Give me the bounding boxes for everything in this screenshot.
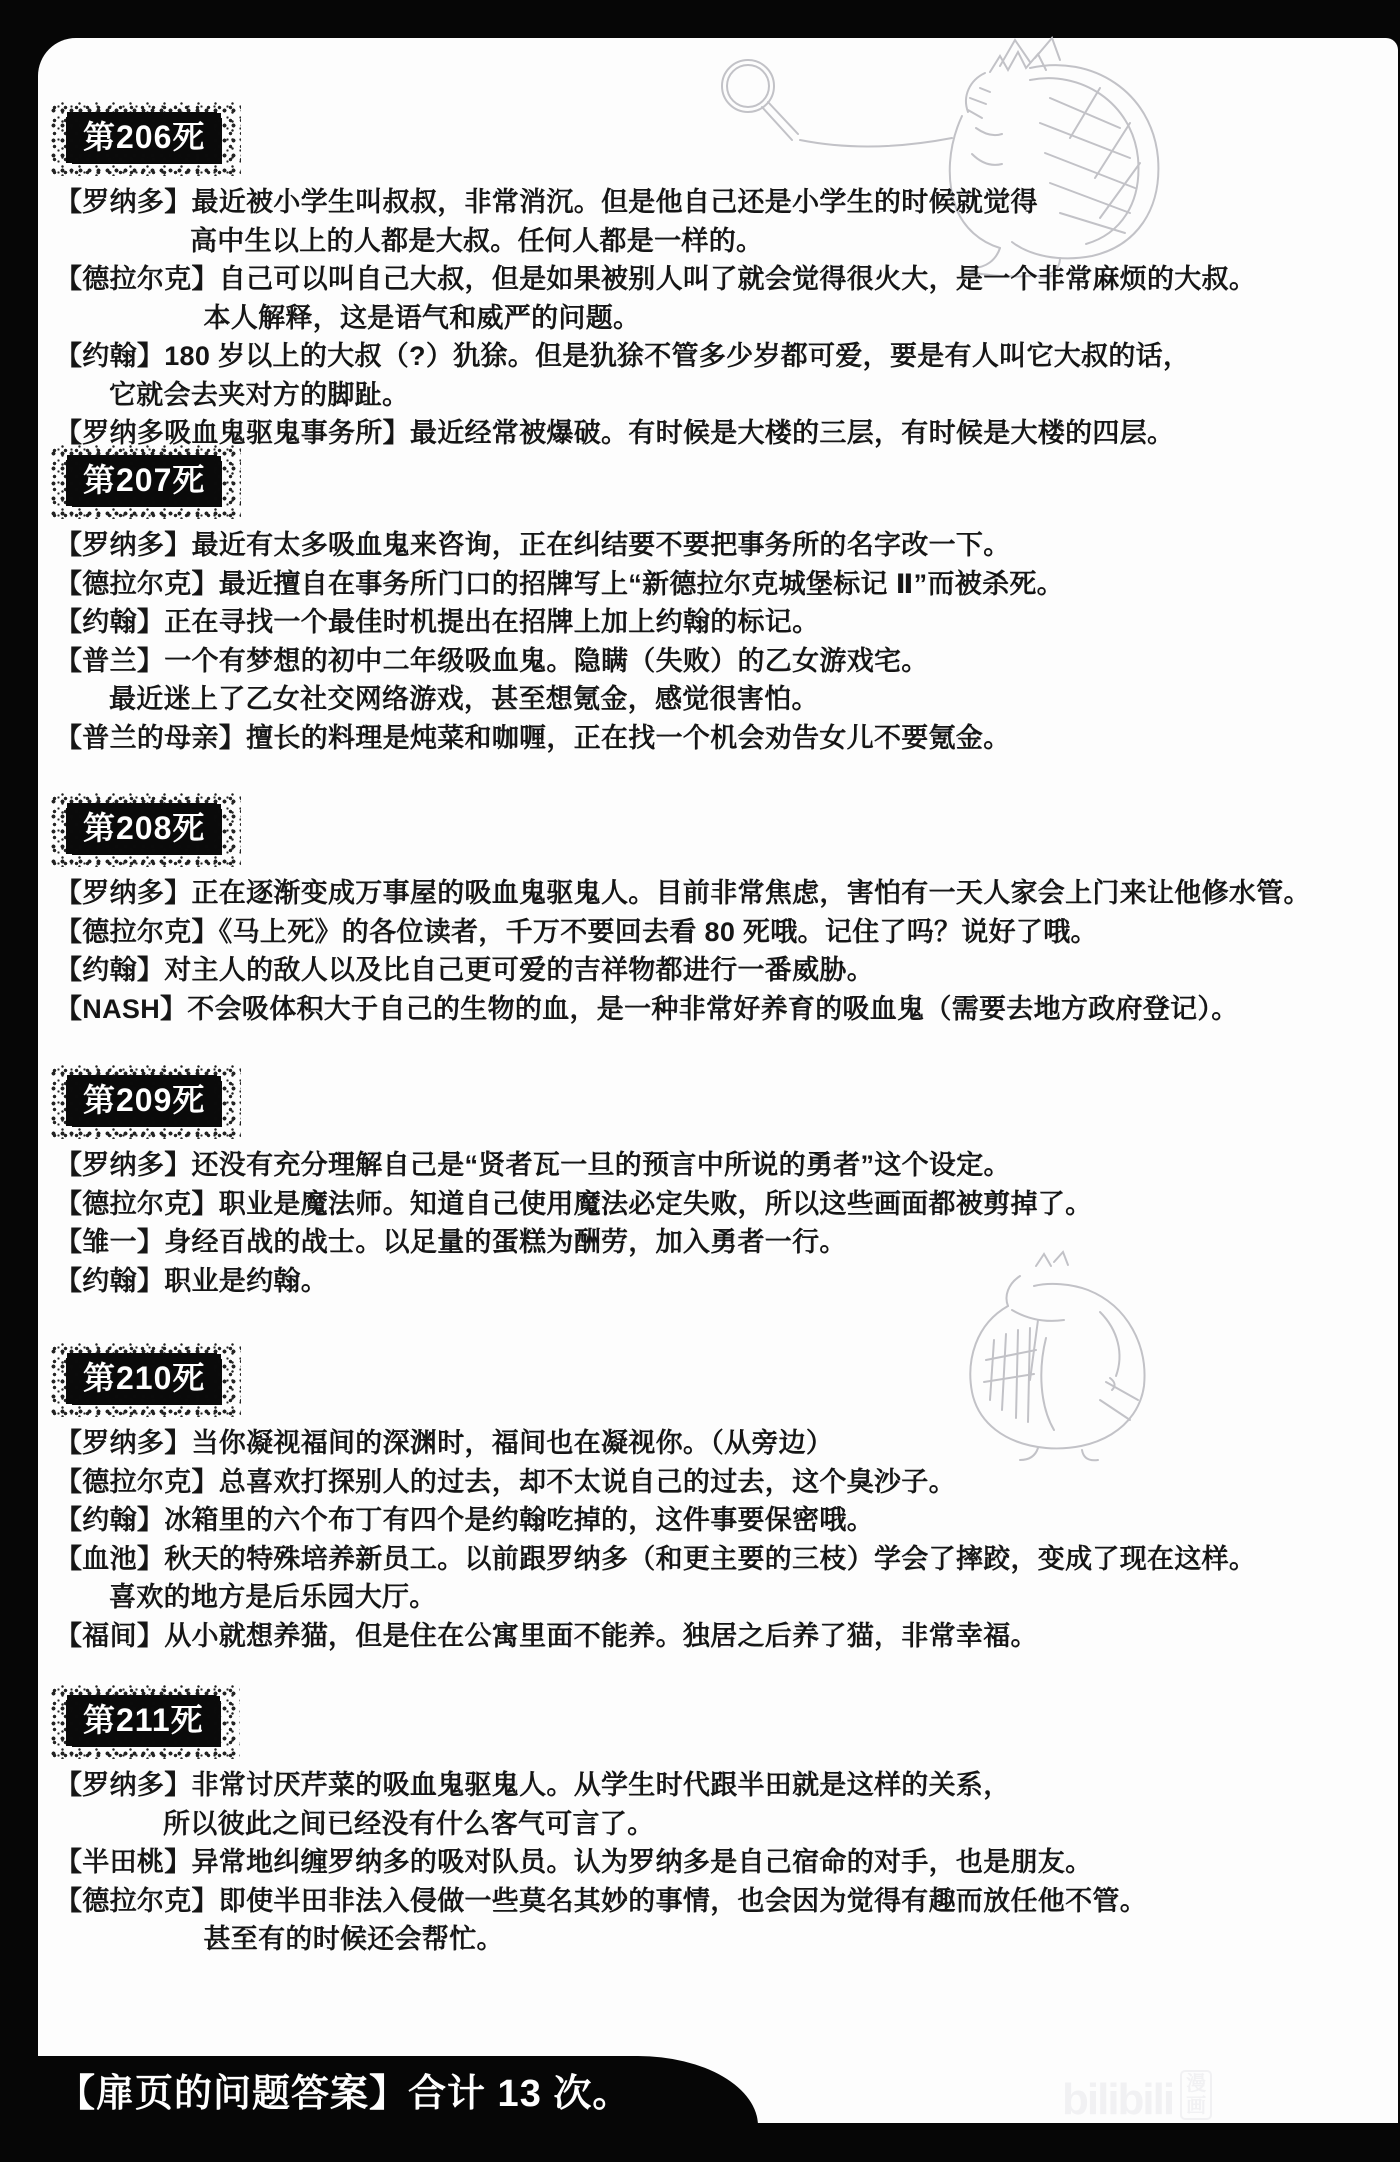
section-lines: 【罗纳多】当你凝视福间的深渊时，福间也在凝视你。（从旁边）【德拉尔克】总喜欢打探… — [55, 1424, 1385, 1655]
profile-line: 【德拉尔克】总喜欢打探别人的过去，却不太说自己的过去，这个臭沙子。 — [55, 1463, 1385, 1502]
profile-line: 【德拉尔克】即使半田非法入侵做一些莫名其妙的事情，也会因为觉得有趣而放任他不管。 — [55, 1882, 1385, 1921]
profile-line: 【罗纳多】非常讨厌芹菜的吸血鬼驱鬼人。从学生时代跟半田就是这样的关系， — [55, 1766, 1385, 1805]
section-header-label: 第211死 — [83, 1702, 204, 1738]
profile-line: 【德拉尔克】职业是魔法师。知道自己使用魔法必定失败，所以这些画面都被剪掉了。 — [55, 1185, 1385, 1224]
section-lines: 【罗纳多】正在逐渐变成万事屋的吸血鬼驱鬼人。目前非常焦虑，害怕有一天人家会上门来… — [55, 874, 1385, 1028]
profile-line: 【罗纳多】正在逐渐变成万事屋的吸血鬼驱鬼人。目前非常焦虑，害怕有一天人家会上门来… — [55, 874, 1385, 913]
profile-line: 【德拉尔克】《马上死》的各位读者，千万不要回去看 80 死哦。记住了吗？说好了哦… — [55, 913, 1385, 952]
section-lines: 【罗纳多】还没有充分理解自己是“贤者瓦一旦的预言中所说的勇者”这个设定。【德拉尔… — [55, 1146, 1385, 1300]
profile-line: 【普兰】一个有梦想的初中二年级吸血鬼。隐瞒（失败）的乙女游戏宅。 — [55, 642, 1385, 681]
profile-line: 【德拉尔克】最近擅自在事务所门口的招牌写上“新德拉尔克城堡标记 Ⅱ”而被杀死。 — [55, 565, 1385, 604]
section-lines: 【罗纳多】非常讨厌芹菜的吸血鬼驱鬼人。从学生时代跟半田就是这样的关系，所以彼此之… — [55, 1766, 1385, 1959]
profile-line: 【NASH】不会吸体积大于自己的生物的血，是一种非常好养育的吸血鬼（需要去地方政… — [55, 990, 1385, 1029]
section-header-label: 第210死 — [83, 1360, 205, 1396]
profile-line: 高中生以上的人都是大叔。任何人都是一样的。 — [55, 222, 1385, 261]
section-211: 第211死 【罗纳多】非常讨厌芹菜的吸血鬼驱鬼人。从学生时代跟半田就是这样的关系… — [55, 1698, 1385, 1959]
section-header-label: 第209死 — [83, 1082, 205, 1118]
profile-line: 【约翰】职业是约翰。 — [55, 1262, 1385, 1301]
profile-line: 【罗纳多】当你凝视福间的深渊时，福间也在凝视你。（从旁边） — [55, 1424, 1385, 1463]
profile-line: 【普兰的母亲】擅长的料理是炖菜和咖喱，正在找一个机会劝告女儿不要氪金。 — [55, 719, 1385, 758]
profile-line: 【罗纳多】最近有太多吸血鬼来咨询，正在纠结要不要把事务所的名字改一下。 — [55, 526, 1385, 565]
section-208: 第208死 【罗纳多】正在逐渐变成万事屋的吸血鬼驱鬼人。目前非常焦虑，害怕有一天… — [55, 806, 1385, 1028]
profile-line: 【罗纳多吸血鬼驱鬼事务所】最近经常被爆破。有时候是大楼的三层，有时候是大楼的四层… — [55, 414, 1385, 453]
section-header-label: 第208死 — [83, 810, 205, 846]
profile-line: 最近迷上了乙女社交网络游戏，甚至想氪金，感觉很害怕。 — [55, 680, 1385, 719]
profile-line: 【半田桃】异常地纠缠罗纳多的吸对队员。认为罗纳多是自己宿命的对手，也是朋友。 — [55, 1843, 1385, 1882]
manga-suffix-badge: 漫 画 — [1180, 2070, 1212, 2120]
section-lines: 【罗纳多】最近有太多吸血鬼来咨询，正在纠结要不要把事务所的名字改一下。【德拉尔克… — [55, 526, 1385, 757]
section-209: 第209死 【罗纳多】还没有充分理解自己是“贤者瓦一旦的预言中所说的勇者”这个设… — [55, 1078, 1385, 1300]
profile-line: 喜欢的地方是后乐园大厅。 — [55, 1578, 1385, 1617]
bilibili-logo-text: bilibili — [1062, 2078, 1173, 2122]
manga-suffix-bottom: 画 — [1186, 2095, 1206, 2117]
profile-line: 【雏一】身经百战的战士。以足量的蛋糕为酬劳，加入勇者一行。 — [55, 1223, 1385, 1262]
section-210: 第210死 【罗纳多】当你凝视福间的深渊时，福间也在凝视你。（从旁边）【德拉尔克… — [55, 1356, 1385, 1655]
section-header: 第207死 — [69, 458, 219, 504]
section-header: 第210死 — [69, 1356, 219, 1402]
section-206: 第206死 【罗纳多】最近被小学生叫叔叔，非常消沉。但是他自己还是小学生的时候就… — [55, 115, 1385, 453]
bilibili-manga-watermark: bilibili 漫 画 — [1062, 2070, 1212, 2122]
profile-line: 【约翰】对主人的敌人以及比自己更可爱的吉祥物都进行一番威胁。 — [55, 951, 1385, 990]
profile-line: 【罗纳多】还没有充分理解自己是“贤者瓦一旦的预言中所说的勇者”这个设定。 — [55, 1146, 1385, 1185]
footer-bar — [0, 2123, 1400, 2162]
profile-line: 【约翰】正在寻找一个最佳时机提出在招牌上加上约翰的标记。 — [55, 603, 1385, 642]
profile-line: 【约翰】冰箱里的六个布丁有四个是约翰吃掉的，这件事要保密哦。 — [55, 1501, 1385, 1540]
section-header-label: 第207死 — [83, 462, 205, 498]
profile-line: 所以彼此之间已经没有什么客气可言了。 — [55, 1805, 1385, 1844]
footer-answer-note: 【扉页的问题答案】合计 13 次。 — [57, 2062, 631, 2117]
section-header: 第211死 — [69, 1698, 218, 1744]
section-207: 第207死 【罗纳多】最近有太多吸血鬼来咨询，正在纠结要不要把事务所的名字改一下… — [55, 458, 1385, 757]
section-header: 第209死 — [69, 1078, 219, 1124]
profile-line: 【福间】从小就想养猫，但是住在公寓里面不能养。独居之后养了猫，非常幸福。 — [55, 1617, 1385, 1656]
profile-line: 【德拉尔克】自己可以叫自己大叔，但是如果被别人叫了就会觉得很火大，是一个非常麻烦… — [55, 260, 1385, 299]
profile-line: 【罗纳多】最近被小学生叫叔叔，非常消沉。但是他自己还是小学生的时候就觉得 — [55, 183, 1385, 222]
profile-line: 它就会去夹对方的脚趾。 — [55, 376, 1385, 415]
profile-line: 【约翰】180 岁以上的大叔（?）犰狳。但是犰狳不管多少岁都可爱，要是有人叫它大… — [55, 337, 1385, 376]
manga-notes-page: 第206死 【罗纳多】最近被小学生叫叔叔，非常消沉。但是他自己还是小学生的时候就… — [0, 0, 1400, 2162]
section-header: 第206死 — [69, 115, 219, 161]
section-lines: 【罗纳多】最近被小学生叫叔叔，非常消沉。但是他自己还是小学生的时候就觉得高中生以… — [55, 183, 1385, 453]
profile-line: 甚至有的时候还会帮忙。 — [55, 1920, 1385, 1959]
section-header: 第208死 — [69, 806, 219, 852]
section-header-label: 第206死 — [83, 119, 205, 155]
profile-line: 本人解释，这是语气和威严的问题。 — [55, 299, 1385, 338]
profile-line: 【血池】秋天的特殊培养新员工。以前跟罗纳多（和更主要的三枝）学会了摔跤，变成了现… — [55, 1540, 1385, 1579]
manga-suffix-top: 漫 — [1186, 2073, 1206, 2095]
